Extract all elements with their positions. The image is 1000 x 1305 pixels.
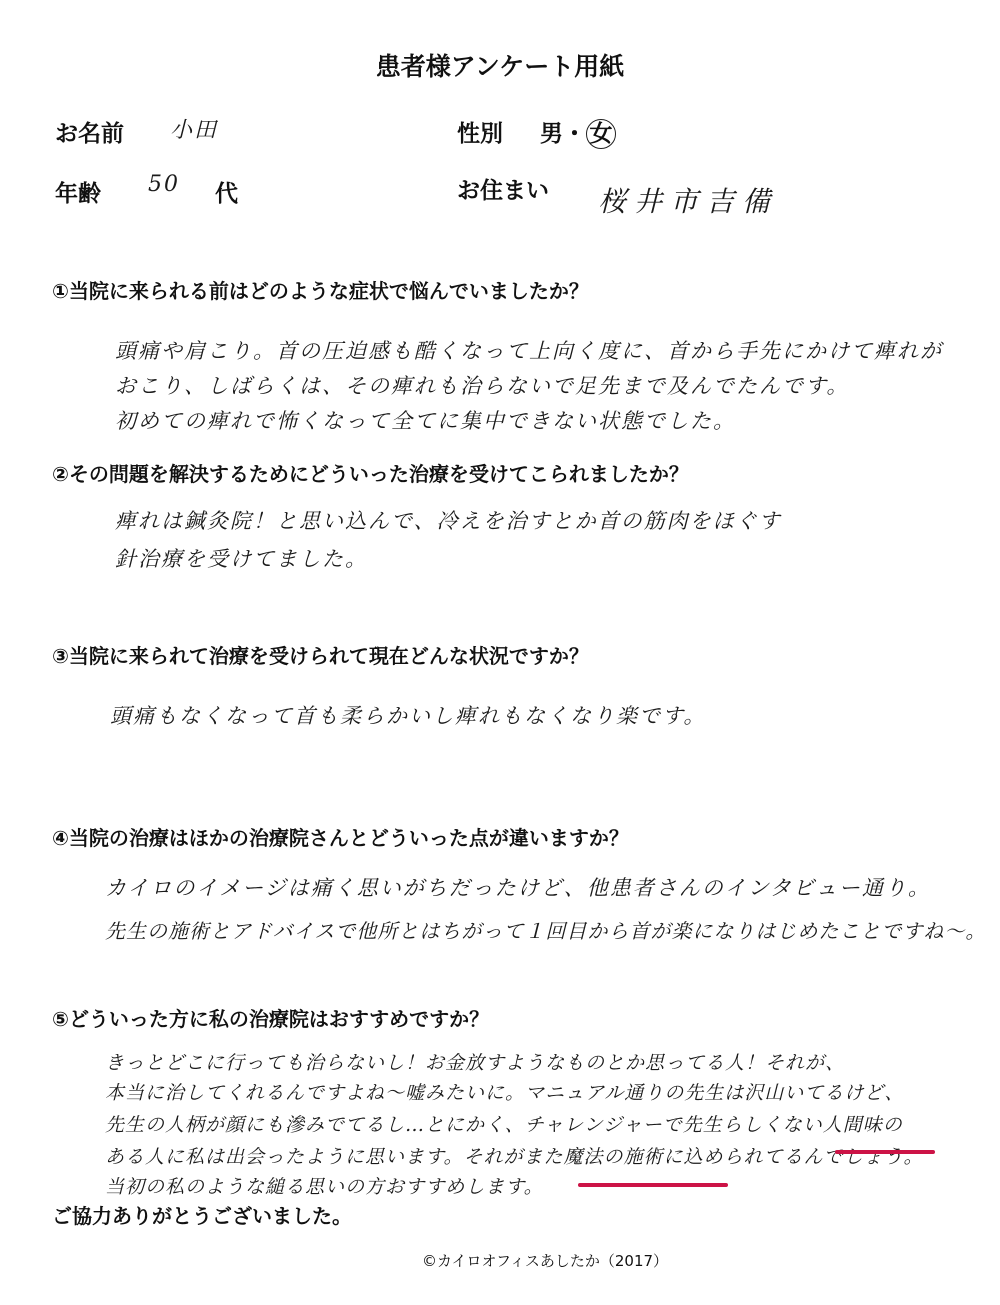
answer-5-line-3: 先生の人柄が顔にも滲みでてるし…とにかく、チャレンジャーで先生らしくない人間味の xyxy=(105,1110,903,1137)
question-2-text: その問題を解決するためにどういった治療を受けてこられましたか？ xyxy=(69,462,689,486)
form-title: 患者様アンケート用紙 xyxy=(0,47,1000,83)
question-1: ①当院に来られる前はどのような症状で悩んでいましたか？ xyxy=(52,275,589,304)
answer-3-line-1: 頭痛もなくなって首も柔らかいし痺れもなくなり楽です。 xyxy=(110,700,706,730)
question-5: ⑤どういった方に私の治療院はおすすめですか？ xyxy=(52,1003,489,1032)
gender-separator: ・ xyxy=(563,121,586,147)
answer-1-line-1: 頭痛や肩こり。首の圧迫感も酷くなって上向く度に、首から手先にかけて痺れが xyxy=(115,335,943,365)
name-label: お名前 xyxy=(55,115,124,148)
gender-option-female-selected[interactable]: 女 xyxy=(586,119,616,149)
question-2: ②その問題を解決するためにどういった治療を受けてこられましたか？ xyxy=(52,458,689,487)
age-label: 年齢 xyxy=(55,175,101,208)
answer-4-line-2: 先生の施術とアドバイスで他所とはちがって１回目から首が楽になりはじめたことですね… xyxy=(105,915,986,944)
question-3-text: 当院に来られて治療を受けられて現在どんな状況ですか？ xyxy=(69,644,589,668)
gender-option-male[interactable]: 男 xyxy=(540,121,563,147)
age-value: 50 xyxy=(148,172,180,197)
highlight-underline-mahou-no-sejutsu xyxy=(578,1183,728,1187)
answer-5-line-5: 当初の私のような縋る思いの方おすすめします。 xyxy=(105,1172,544,1199)
age-suffix: 代 xyxy=(215,175,238,208)
address-value: 桜井市吉備 xyxy=(598,180,778,220)
question-4-text: 当院の治療はほかの治療院さんとどういった点が違いますか？ xyxy=(69,826,629,850)
answer-5-line-4: ある人に私は出会ったように思います。それがまた魔法の施術に込められてるんでしょう… xyxy=(105,1142,923,1169)
question-2-number: ② xyxy=(52,462,69,486)
highlight-underline-ningenmi xyxy=(835,1150,935,1154)
answer-2-line-1: 痺れは鍼灸院！と思い込んで、冷えを治すとか首の筋肉をほぐす xyxy=(115,505,782,535)
question-3: ③当院に来られて治療を受けられて現在どんな状況ですか？ xyxy=(52,640,589,669)
question-3-number: ③ xyxy=(52,644,69,668)
copyright: ©カイロオフィスあしたか（2017） xyxy=(0,1250,1000,1271)
gender-label: 性別 xyxy=(457,115,503,148)
question-4: ④当院の治療はほかの治療院さんとどういった点が違いますか？ xyxy=(52,822,629,851)
question-5-number: ⑤ xyxy=(52,1007,69,1031)
answer-4-line-1: カイロのイメージは痛く思いがちだったけど、他患者さんのインタビュー通り。 xyxy=(105,872,931,902)
name-value: 小田 xyxy=(170,113,218,144)
answer-5-line-2: 本当に治してくれるんですよね～嘘みたいに。マニュアル通りの先生は沢山いてるけど、 xyxy=(105,1078,904,1105)
question-1-number: ① xyxy=(52,279,69,303)
answer-2-line-2: 針治療を受けてました。 xyxy=(115,543,368,573)
answer-5-line-1: きっとどこに行っても治らないし！お金放すようなものとか思ってる人！それが、 xyxy=(105,1048,845,1075)
answer-1-line-2: おこり、しばらくは、その痺れも治らないで足先まで及んでたんです。 xyxy=(115,370,849,400)
gender-options: 男・女 xyxy=(540,115,616,149)
address-label: お住まい xyxy=(457,172,549,205)
answer-1-line-3: 初めての痺れで怖くなって全てに集中できない状態でした。 xyxy=(115,405,736,435)
footer-thanks: ご協力ありがとうございました。 xyxy=(52,1200,352,1229)
question-1-text: 当院に来られる前はどのような症状で悩んでいましたか？ xyxy=(69,279,589,303)
question-5-text: どういった方に私の治療院はおすすめですか？ xyxy=(69,1007,489,1031)
question-4-number: ④ xyxy=(52,826,69,850)
